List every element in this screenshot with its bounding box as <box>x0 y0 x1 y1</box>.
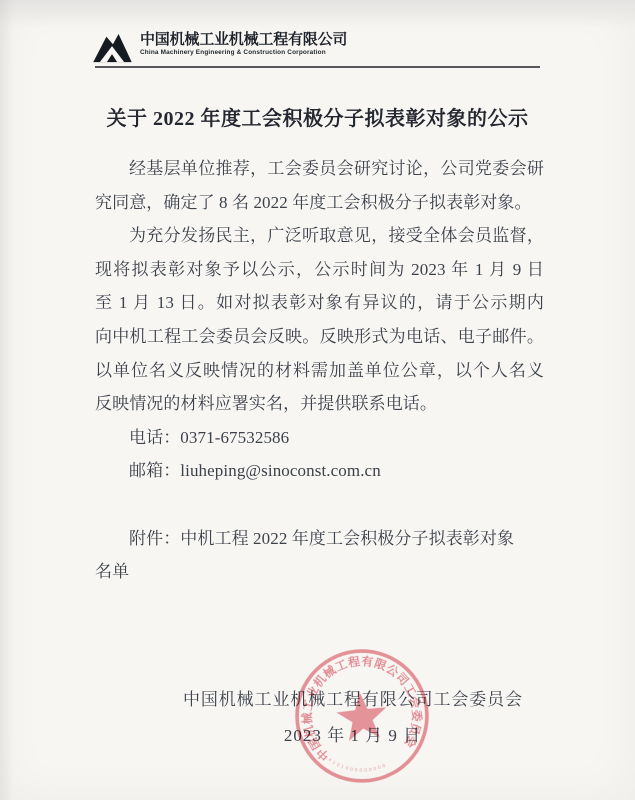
body-line: 经基层单位推荐，工会委员会研究讨论，公司党委会研 <box>95 152 544 186</box>
body-line: 向中机工程工会委员会反映。反映形式为电话、电子邮件。 <box>95 320 544 354</box>
seal-star-icon <box>335 689 390 742</box>
document-body: 经基层单位推荐，工会委员会研究讨论，公司党委会研 究同意，确定了 8 名 202… <box>95 152 544 589</box>
body-line: 究同意，确定了 8 名 2022 年度工会积极分子拟表彰对象。 <box>95 186 544 220</box>
letterhead-divider <box>95 66 540 68</box>
company-names: 中国机械工业机械工程有限公司 China Machinery Engineeri… <box>140 31 347 57</box>
company-name-en: China Machinery Engineering & Constructi… <box>140 49 347 57</box>
body-line: 现将拟表彰对象予以公示，公示时间为 2023 年 1 月 9 日 <box>95 253 544 287</box>
company-logo-icon <box>90 33 134 63</box>
document-title: 关于 2022 年度工会积极分子拟表彰对象的公示 <box>0 102 635 131</box>
document-page: 中国机械工业机械工程有限公司 China Machinery Engineeri… <box>0 0 635 800</box>
body-line: 至 1 月 13 日。如对拟表彰对象有异议的，请于公示期内 <box>95 286 544 320</box>
attachment-line: 名单 <box>95 555 544 589</box>
letterhead: 中国机械工业机械工程有限公司 China Machinery Engineeri… <box>90 31 347 63</box>
body-line: 反映情况的材料应署实名，并提供联系电话。 <box>95 387 544 421</box>
body-line: 为充分发扬民主，广泛听取意见，接受全体会员监督， <box>95 219 544 253</box>
official-seal-stamp: 中国机械工业机械工程有限公司工会委员会 4101000000000 <box>284 638 440 794</box>
scan-shade-top <box>0 0 635 28</box>
svg-text:4101000000000: 4101000000000 <box>327 751 388 776</box>
seal-serial-text: 4101000000000 <box>327 751 388 776</box>
phone-line: 电话：0371-67532586 <box>95 421 544 455</box>
email-line: 邮箱：liuheping@sinoconst.com.cn <box>95 454 544 488</box>
attachment-line: 附件：中机工程 2022 年度工会积极分子拟表彰对象 <box>95 522 544 556</box>
body-line: 以单位名义反映情况的材料需加盖单位公章，以个人名义 <box>95 354 544 388</box>
company-name-cn: 中国机械工业机械工程有限公司 <box>140 31 347 49</box>
